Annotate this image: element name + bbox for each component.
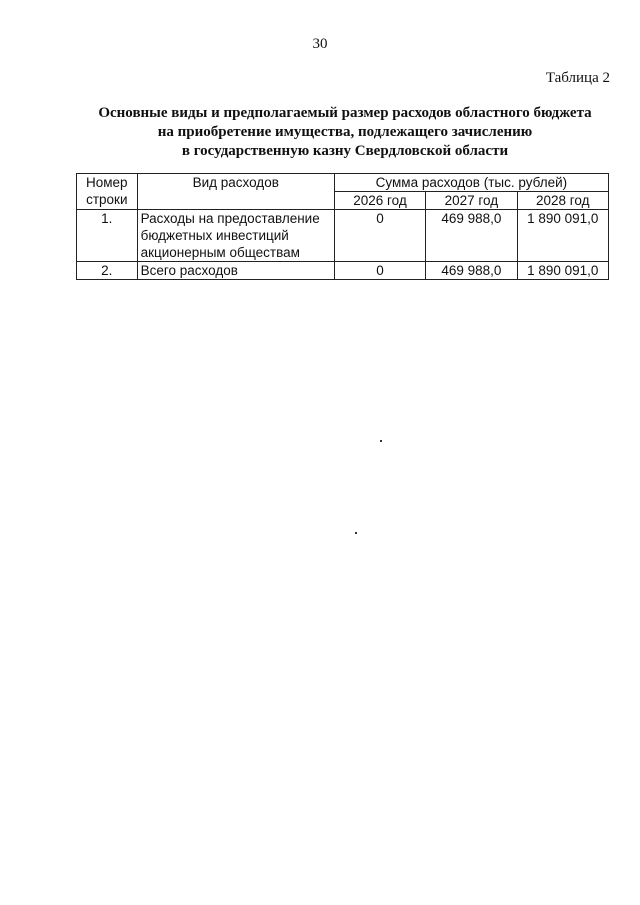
table-header-row: Номер строки Вид расходов Сумма расходов… [77, 174, 609, 192]
header-year-2027: 2027 год [426, 192, 517, 210]
row-value-2027: 469 988,0 [426, 262, 517, 280]
row-number: 2. [77, 262, 138, 280]
row-value-2026: 0 [334, 262, 425, 280]
table-row: 2. Всего расходов 0 469 988,0 1 890 091,… [77, 262, 609, 280]
row-number: 1. [77, 210, 138, 262]
budget-table: Номер строки Вид расходов Сумма расходов… [76, 173, 609, 280]
title-line-1: Основные виды и предполагаемый размер ра… [80, 104, 610, 123]
table-row: 1. Расходы на предоставление бюджетных и… [77, 210, 609, 262]
title-line-2: на приобретение имущества, подлежащего з… [80, 123, 610, 142]
row-value-2028: 1 890 091,0 [517, 210, 608, 262]
header-sum: Сумма расходов (тыс. рублей) [334, 174, 608, 192]
header-row-number: Номер строки [77, 174, 138, 210]
header-year-2028: 2028 год [517, 192, 608, 210]
header-year-2026: 2026 год [334, 192, 425, 210]
row-expense-type: Расходы на предоставление бюджетных инве… [137, 210, 334, 262]
scan-speck [355, 532, 357, 534]
row-expense-type: Всего расходов [137, 262, 334, 280]
header-expense-type: Вид расходов [137, 174, 334, 210]
row-value-2028: 1 890 091,0 [517, 262, 608, 280]
title-line-3: в государственную казну Свердловской обл… [80, 142, 610, 161]
table-title: Основные виды и предполагаемый размер ра… [80, 104, 610, 161]
row-value-2026: 0 [334, 210, 425, 262]
row-value-2027: 469 988,0 [426, 210, 517, 262]
page-number: 30 [0, 36, 640, 53]
table-label: Таблица 2 [546, 70, 610, 87]
scan-speck [380, 440, 382, 442]
